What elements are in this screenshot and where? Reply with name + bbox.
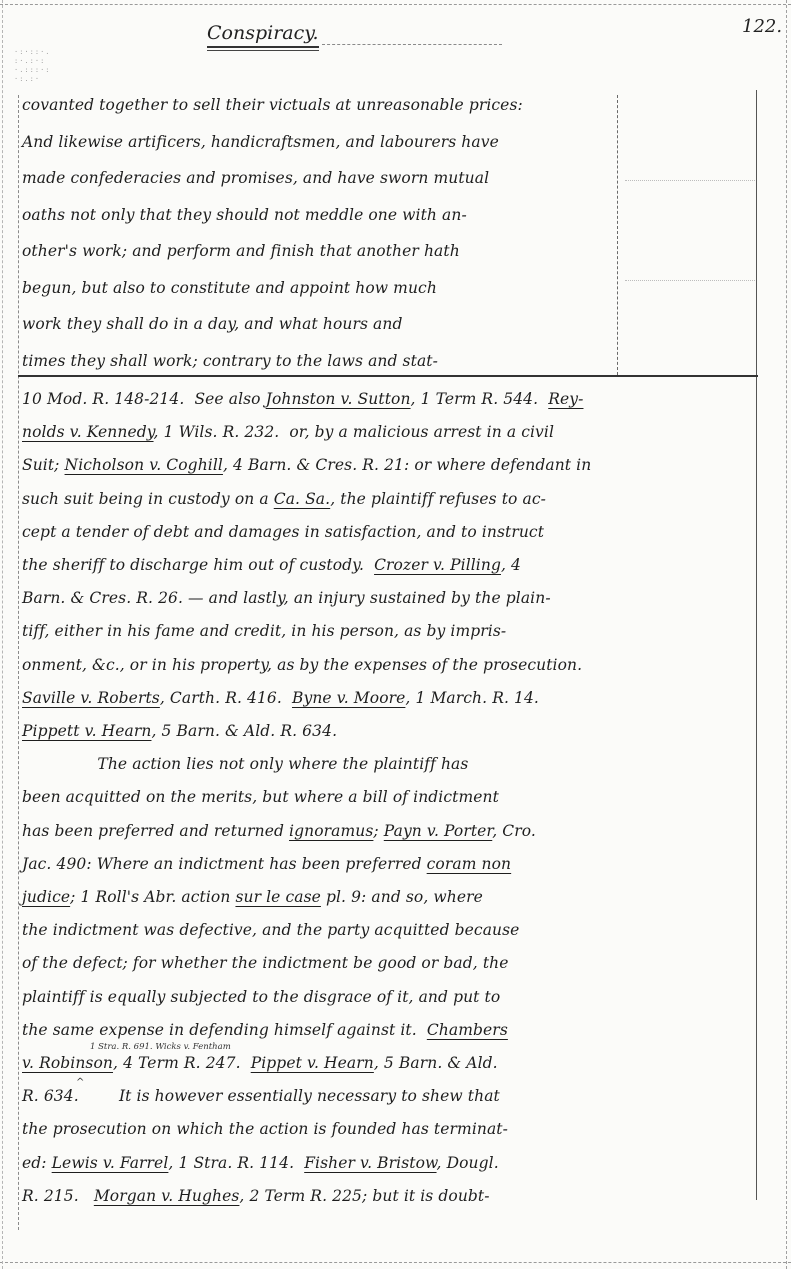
text-line: nolds v. Kennedy, 1 Wils. R. 232. or, by… (22, 423, 754, 441)
text-segment: , 1 Stra. R. 114. (168, 1154, 304, 1172)
case-citation: nolds v. Kennedy (22, 423, 154, 441)
text-segment: the same expense in defending himself ag… (22, 1021, 427, 1039)
text-line: onment, &c., or in his property, as by t… (22, 656, 754, 674)
text-line: And likewise artificers, handicraftsmen,… (22, 133, 617, 151)
case-citation: Fisher v. Bristow (304, 1154, 436, 1172)
interlinear-note: 1 Stra. R. 691. Wicks v. Fentham (90, 1042, 231, 1052)
text-line: The action lies not only where the plain… (22, 755, 754, 773)
case-citation: Morgan v. Hughes (94, 1187, 240, 1205)
text-line: ed: Lewis v. Farrel, 1 Stra. R. 114. Fis… (22, 1154, 754, 1172)
text-segment: 10 Mod. R. 148-214. See also (22, 390, 266, 408)
text-segment: , 5 Barn. & Ald. (374, 1054, 498, 1072)
text-line: times they shall work; contrary to the l… (22, 352, 617, 370)
text-line: Pippett v. Hearn, 5 Barn. & Ald. R. 634. (22, 722, 754, 740)
page-bottom-edge (0, 1262, 791, 1263)
faint-guide-line (625, 280, 755, 281)
text-segment: Jac. 490: Where an indictment has been p… (22, 855, 427, 873)
text-line: such suit being in custody on a Ca. Sa.,… (22, 490, 754, 508)
case-citation: coram non (427, 855, 512, 873)
page-number: 122. (742, 16, 782, 37)
text-line: plaintiff is equally subjected to the di… (22, 988, 754, 1006)
text-line: the sheriff to discharge him out of cust… (22, 556, 754, 574)
case-citation: Johnston v. Sutton (266, 390, 411, 408)
text-line: Jac. 490: Where an indictment has been p… (22, 855, 754, 873)
text-line: tiff, either in his fame and credit, in … (22, 622, 754, 640)
case-citation: Lewis v. Farrel (52, 1154, 169, 1172)
case-citation: ignoramus (289, 822, 373, 840)
page-top-edge (0, 4, 791, 5)
text-line: judice; 1 Roll's Abr. action sur le case… (22, 888, 754, 906)
text-segment: R. 634. It is however essentially necess… (22, 1087, 500, 1105)
text-segment: R. 215. (22, 1187, 94, 1205)
text-line: the same expense in defending himself ag… (22, 1021, 754, 1039)
upper-column-rule (617, 95, 618, 375)
text-segment: such suit being in custody on a (22, 490, 274, 508)
text-segment: ; 1 Roll's Abr. action (70, 888, 235, 906)
text-line: R. 634. It is however essentially necess… (22, 1087, 754, 1105)
case-citation: Nicholson v. Coghill (65, 456, 223, 474)
title-leader-line (322, 44, 502, 45)
text-segment: , the plaintiff refuses to ac- (330, 490, 546, 508)
text-segment: , Carth. R. 416. (160, 689, 292, 707)
page-left-edge (2, 0, 3, 1269)
text-line: of the defect; for whether the indictmen… (22, 954, 754, 972)
faint-guide-line (625, 180, 755, 181)
text-line: work they shall do in a day, and what ho… (22, 315, 617, 333)
text-line: covanted together to sell their victuals… (22, 96, 617, 114)
text-segment: tiff, either in his fame and credit, in … (22, 622, 506, 640)
text-segment: has been preferred and returned (22, 822, 289, 840)
text-segment: the sheriff to discharge him out of cust… (22, 556, 374, 574)
text-segment: Suit; (22, 456, 65, 474)
text-segment: , 1 Term R. 544. (411, 390, 549, 408)
section-divider (18, 375, 758, 377)
text-line: Barn. & Cres. R. 26. — and lastly, an in… (22, 589, 754, 607)
text-segment: plaintiff is equally subjected to the di… (22, 988, 500, 1006)
text-line: v. Robinson, 4 Term R. 247. Pippet v. He… (22, 1054, 754, 1072)
text-segment: , 1 March. R. 14. (405, 689, 539, 707)
text-line: been acquitted on the merits, but where … (22, 788, 754, 806)
case-citation: Crozer v. Pilling (374, 556, 501, 574)
text-segment: , 4 Term R. 247. (113, 1054, 251, 1072)
text-segment: the prosecution on which the action is f… (22, 1120, 508, 1138)
text-segment: , 1 Wils. R. 232. or, by a malicious arr… (154, 423, 554, 441)
case-citation: Pippett v. Hearn (22, 722, 151, 740)
text-line: cept a tender of debt and damages in sat… (22, 523, 754, 541)
text-segment: ; (373, 822, 383, 840)
left-margin-rule (18, 95, 19, 1230)
case-citation: Payn v. Porter (384, 822, 492, 840)
text-segment: cept a tender of debt and damages in sat… (22, 523, 544, 541)
text-segment: ed: (22, 1154, 52, 1172)
text-segment: pl. 9: and so, where (321, 888, 483, 906)
case-citation: Ca. Sa. (274, 490, 330, 508)
case-citation: v. Robinson (22, 1054, 113, 1072)
text-segment: the indictment was defective, and the pa… (22, 921, 519, 939)
text-line: begun, but also to constitute and appoin… (22, 279, 617, 297)
case-citation: Chambers (427, 1021, 508, 1039)
page-title: Conspiracy. (207, 22, 319, 44)
text-line: R. 215. Morgan v. Hughes, 2 Term R. 225;… (22, 1187, 754, 1205)
text-segment: been acquitted on the merits, but where … (22, 788, 499, 806)
page-right-edge (786, 0, 787, 1269)
text-line: other's work; and perform and finish tha… (22, 242, 617, 260)
text-line: the indictment was defective, and the pa… (22, 921, 754, 939)
text-segment: , Dougl. (437, 1154, 499, 1172)
text-line: has been preferred and returned ignoramu… (22, 822, 754, 840)
case-citation: Saville v. Roberts (22, 689, 160, 707)
text-segment: , 5 Barn. & Ald. R. 634. (151, 722, 337, 740)
text-segment: , 4 (501, 556, 521, 574)
text-segment: , 2 Term R. 225; but it is doubt- (239, 1187, 489, 1205)
text-line: oaths not only that they should not medd… (22, 206, 617, 224)
case-citation: Pippet v. Hearn (251, 1054, 374, 1072)
title-underline (207, 46, 319, 48)
text-segment: Barn. & Cres. R. 26. — and lastly, an in… (22, 589, 551, 607)
case-citation: judice (22, 888, 70, 906)
text-segment: onment, &c., or in his property, as by t… (22, 656, 582, 674)
text-line: the prosecution on which the action is f… (22, 1120, 754, 1138)
text-segment: , Cro. (492, 822, 536, 840)
case-citation: Byne v. Moore (292, 689, 405, 707)
case-citation: sur le case (235, 888, 320, 906)
text-segment: , 4 Barn. & Cres. R. 21: or where defend… (223, 456, 591, 474)
text-segment: The action lies not only where the plain… (22, 755, 468, 773)
text-line: made confederacies and promises, and hav… (22, 169, 617, 187)
case-citation: Rey- (548, 390, 583, 408)
text-line: 10 Mod. R. 148-214. See also Johnston v.… (22, 390, 754, 408)
title-underline (207, 50, 319, 51)
text-line: Suit; Nicholson v. Coghill, 4 Barn. & Cr… (22, 456, 754, 474)
text-segment: of the defect; for whether the indictmen… (22, 954, 509, 972)
text-line: Saville v. Roberts, Carth. R. 416. Byne … (22, 689, 754, 707)
outer-column-rule (756, 90, 757, 1200)
insertion-caret: ^ (76, 1077, 84, 1088)
margin-stamp: ·:·::·.:·.:·:·.:::·:·:.:· (14, 48, 60, 88)
